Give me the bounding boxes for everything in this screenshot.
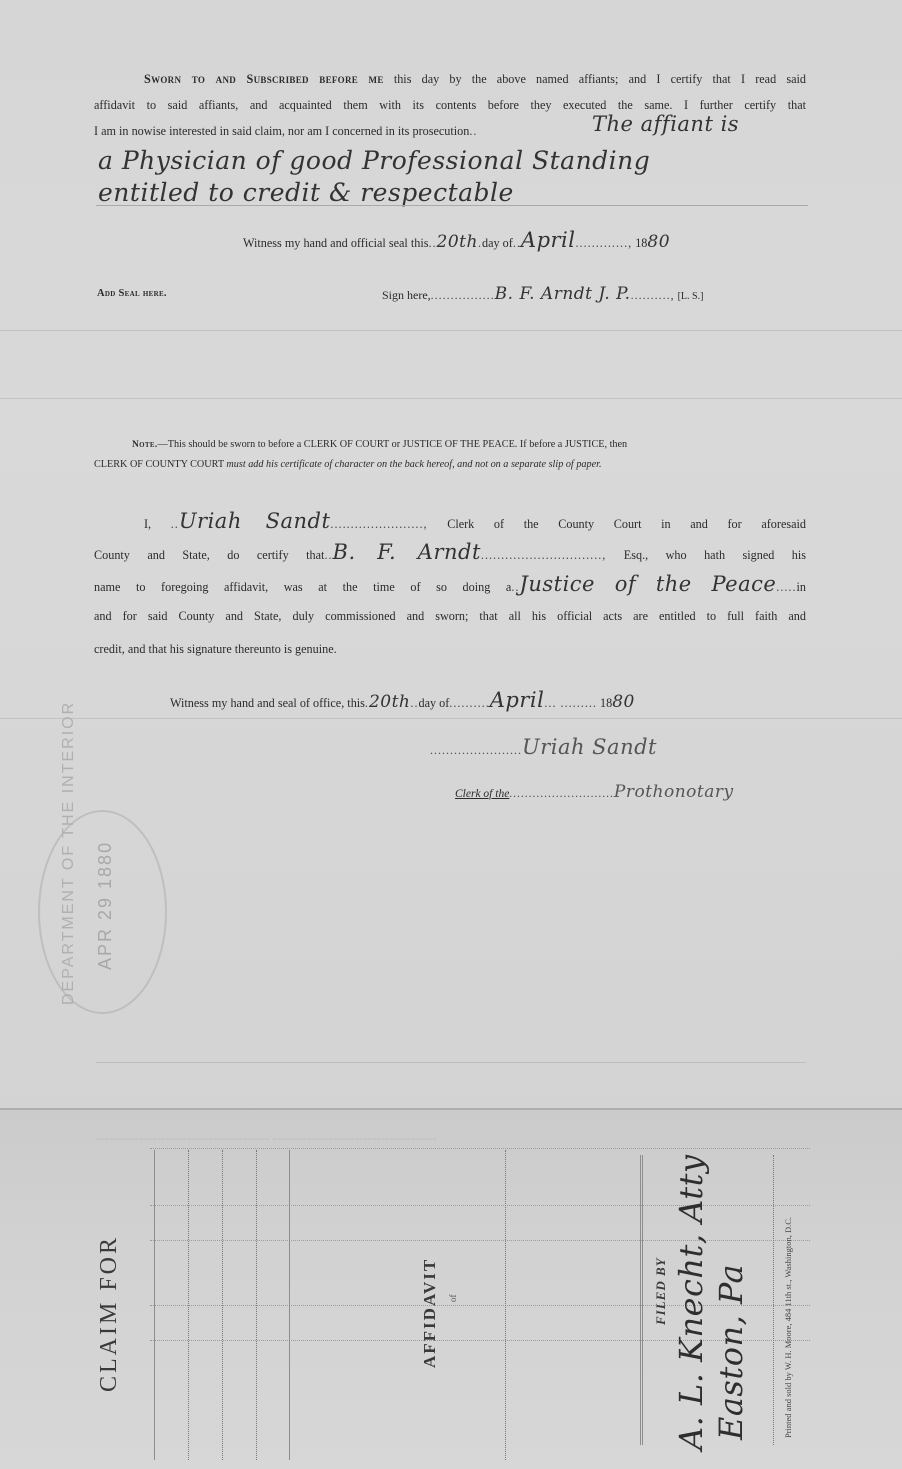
clerk-of-the-label: Clerk of the xyxy=(455,788,509,800)
handwritten-physician: a Physician of good Professional Standin… xyxy=(98,146,650,175)
add-seal-label: Add Seal here. xyxy=(97,288,167,299)
jurat-line-1-text: this day by the above named affiants; an… xyxy=(394,72,806,86)
clerk-line-1-rest: Clerk of the County Court in and for afo… xyxy=(447,517,806,531)
affidavit-label: AFFIDAVIT xyxy=(420,1258,440,1368)
note-label: Note. xyxy=(132,440,158,450)
clerk-line-4: and for said County and State, duly comm… xyxy=(94,603,806,629)
justice-signature[interactable]: B. F. Arndt J. P. xyxy=(495,284,631,304)
clerk-line-2-rest: Esq., who hath signed his xyxy=(624,548,806,562)
claim-for-label: CLAIM FOR xyxy=(96,1235,123,1392)
note-text-1: —This should be sworn to before a CLERK … xyxy=(158,439,628,450)
note-line-1: Note.—This should be sworn to before a C… xyxy=(94,434,806,456)
bleed-through-text: -------------------------------------- -… xyxy=(96,1130,437,1146)
handwritten-credit: entitled to credit & respectable xyxy=(98,178,514,207)
clerk-day-of-label: day of xyxy=(418,696,449,710)
clerk-signature[interactable]: Uriah Sandt xyxy=(522,735,657,759)
witness-line: Witness my hand and official seal this..… xyxy=(243,228,670,252)
clerk-line-3: name to foregoing affidavit, was at the … xyxy=(94,571,806,600)
clerk-witness-label: Witness my hand and seal of office, this xyxy=(170,696,365,710)
year-prefix: 18 xyxy=(635,236,647,250)
of-label: of xyxy=(448,1295,458,1303)
stamp-date: APR 29 1880 xyxy=(95,841,116,970)
back-fold-panel xyxy=(0,1110,902,1469)
day-of-label: day of xyxy=(482,236,513,250)
witness-day: 20th xyxy=(437,232,478,252)
clerk-witness-day: 20th xyxy=(369,692,410,712)
clerk-year-suffix: 80 xyxy=(612,692,635,712)
handwritten-affiant: The affiant is xyxy=(592,112,739,136)
note-italic: must add his certificate of character on… xyxy=(226,459,601,470)
printer-imprint: Printed and sold by W. H. Moore, 484 11t… xyxy=(783,1217,793,1438)
witness-month: April xyxy=(521,228,576,252)
clerk-line-5: credit, and that his signature thereunto… xyxy=(94,636,806,662)
sign-here-line: Sign here,................B. F. Arndt J.… xyxy=(382,284,703,304)
clerk-witness-month: April xyxy=(490,688,545,712)
year-suffix: 80 xyxy=(647,232,670,252)
clerk-line-3-start: name to foregoing affidavit, was at the … xyxy=(94,580,511,594)
filed-by-label: FILED BY xyxy=(653,1257,669,1325)
clerk-witness-line: Witness my hand and seal of office, this… xyxy=(170,688,635,712)
i-label: I, xyxy=(144,517,151,531)
clerk-line-1: I, ..Uriah Sandt.......................,… xyxy=(94,508,806,537)
filed-by-place: Easton, Pa xyxy=(712,1264,750,1440)
clerk-line-2: County and State, do certify that..B. F.… xyxy=(94,539,806,568)
note-caps: CLERK OF COUNTY COURT xyxy=(94,459,224,470)
jurat-line-1: Sworn to and Subscribed before me this d… xyxy=(94,66,806,92)
ls-label: [L. S.] xyxy=(678,291,704,302)
office-held: Justice of the Peace xyxy=(519,572,776,596)
clerk-of-the-line: Clerk of the...........................P… xyxy=(455,782,734,802)
jurat-lead: Sworn to and Subscribed before me xyxy=(144,72,384,86)
clerk-signature-line: .......................Uriah Sandt xyxy=(430,735,657,759)
clerk-name: Uriah Sandt xyxy=(179,509,331,533)
filed-by-name: A. L. Knecht, Atty xyxy=(672,1154,710,1450)
clerk-line-3-end: in xyxy=(797,580,806,594)
stamp-text: DEPARTMENT OF THE INTERIOR xyxy=(60,701,78,1005)
clerk-of-the-value: Prothonotary xyxy=(614,782,734,802)
clerk-year-prefix: 18 xyxy=(600,696,612,710)
certified-name: B. F. Arndt xyxy=(333,540,481,564)
witness-label: Witness my hand and official seal this xyxy=(243,236,428,250)
note-line-2: CLERK OF COUNTY COURT must add his certi… xyxy=(94,454,806,476)
jurat-line-3-text: I am in nowise interested in said claim,… xyxy=(94,124,469,138)
sign-here-label: Sign here, xyxy=(382,288,431,302)
clerk-line-2-start: County and State, do certify that xyxy=(94,548,324,562)
